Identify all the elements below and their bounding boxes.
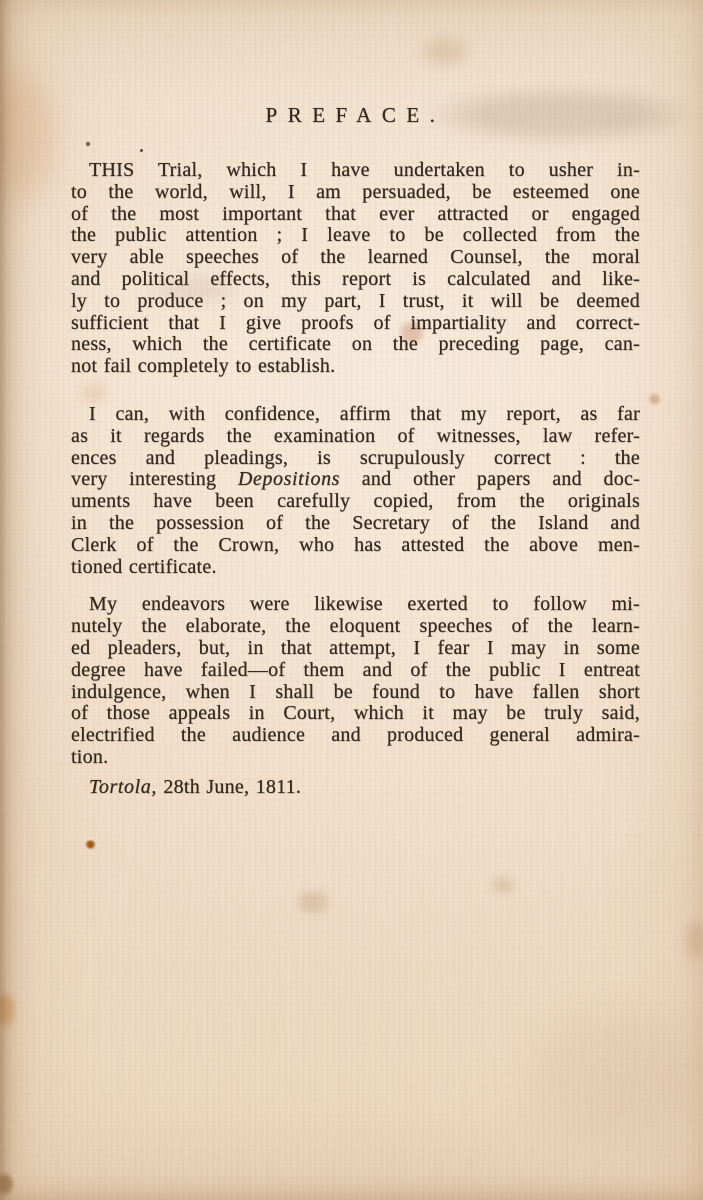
scanned-book-page: { "theme": { "ink": "#362a1f", "paper": … [0, 0, 703, 1200]
page-edge-shading [0, 0, 703, 1200]
